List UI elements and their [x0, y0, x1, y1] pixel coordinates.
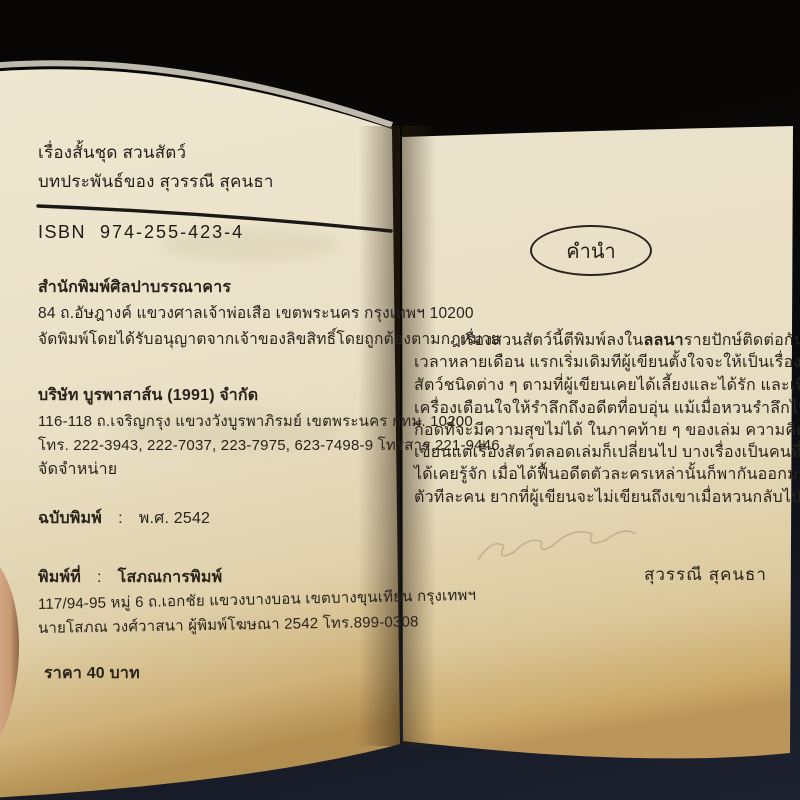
printer-name: โสภณการพิมพ์	[118, 569, 223, 586]
series-title: เรื่องสั้นชุด สวนสัตว์	[38, 143, 186, 163]
isbn-value: 974-255-423-4	[100, 222, 244, 242]
preface-line: ตัวทีละคน ยากที่ผู้เขียนจะไม่เขียนถึงเขา…	[414, 488, 800, 507]
publisher-name: สำนักพิมพ์ศิลปาบรรณาคาร	[38, 278, 231, 297]
preface-line: ได้เคยรู้จัก เมื่อได้ฟื้นอดีตตัวละครเหล่…	[414, 465, 800, 484]
author-signature: สุวรรณี สุคนธา	[644, 565, 767, 585]
preface-line: สัตว์ชนิดต่าง ๆ ตามที่ผู้เขียนเคยได้เลี้…	[414, 376, 800, 395]
printer-colon: :	[97, 568, 102, 587]
edition-colon: :	[118, 509, 123, 528]
distributor-name: บริษัท บูรพาสาส์น (1991) จำกัด	[38, 386, 258, 405]
author-line: บทประพันธ์ของ สุวรรณี สุคนธา	[38, 172, 274, 192]
isbn-label: ISBN	[38, 222, 86, 242]
edition-value: พ.ศ. 2542	[139, 510, 210, 527]
preface-line1-post: รายปักษ์ติดต่อกันตลอด	[684, 332, 800, 349]
edition-label: ฉบับพิมพ์	[38, 510, 102, 527]
preface-title: คำนำ	[566, 235, 616, 267]
preface-title-oval: คำนำ	[530, 225, 652, 276]
printer-row: พิมพ์ที่:โสภณการพิมพ์	[38, 568, 222, 587]
price-line: ราคา 40 บาท	[44, 664, 140, 683]
preface-line1-pre: เรื่องสวนสัตว์นี้ตีพิมพ์ลงใน	[460, 332, 643, 349]
spine-shadow-left	[358, 126, 400, 746]
distributor-role: จัดจำหน่าย	[38, 460, 117, 479]
preface-line: เครื่องเตือนใจให้รำลึกถึงอดีตที่อบอุ่น แ…	[414, 399, 800, 418]
preface-line: เวลาหลายเดือน แรกเริ่มเดิมทีผู้เขียนตั้ง…	[414, 353, 800, 372]
distributor-address: 116-118 ถ.เจริญกรุง แขวงวังบูรพาภิรมย์ เ…	[38, 413, 473, 431]
isbn-row: ISBN974-255-423-4	[38, 222, 244, 244]
publisher-address: 84 ถ.อัษฎางค์ แขวงศาลเจ้าพ่อเสือ เขตพระน…	[38, 305, 474, 324]
open-book-photo: เรื่องสั้นชุด สวนสัตว์ บทประพันธ์ของ สุว…	[0, 0, 800, 800]
preface-line: เขียนแต่เรื่องสัตว์ตลอดเล่มก็เปลี่ยนไป บ…	[414, 443, 800, 462]
preface-line: เรื่องสวนสัตว์นี้ตีพิมพ์ลงในลลนารายปักษ์…	[414, 331, 800, 350]
preface-line: ก็อดที่จะมีความสุขไม่ได้ ในภาคท้าย ๆ ของ…	[414, 421, 800, 440]
edition-row: ฉบับพิมพ์:พ.ศ. 2542	[38, 509, 210, 528]
printer-label: พิมพ์ที่	[38, 569, 81, 586]
magazine-name-bold: ลลนา	[643, 332, 683, 349]
